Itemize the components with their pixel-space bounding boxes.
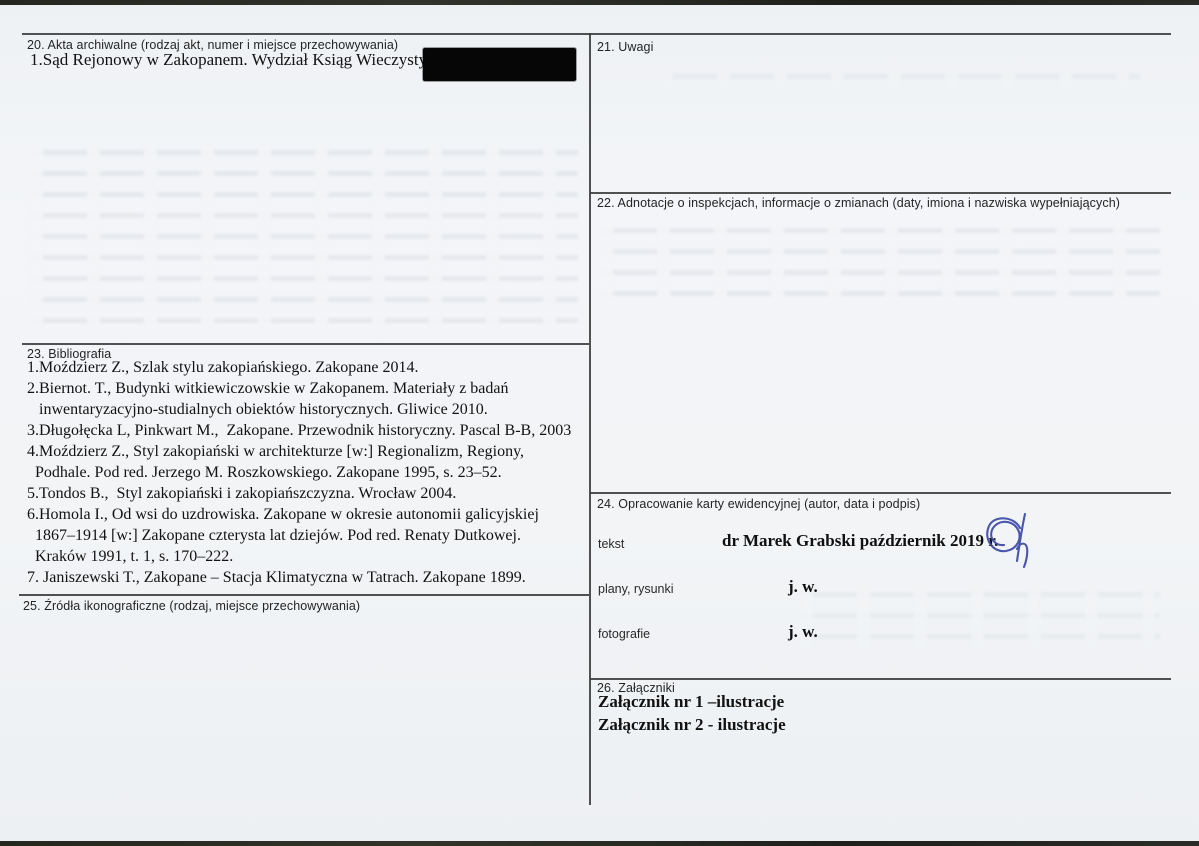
bibliography-list: 1.Moździerz Z., Szlak stylu zakopiańskie… bbox=[27, 357, 602, 588]
scanned-document-page: 20. Akta archiwalne (rodzaj akt, numer i… bbox=[0, 0, 1199, 846]
scanner-edge-bottom bbox=[0, 841, 1199, 846]
row-label-fotografie: fotografie bbox=[598, 627, 650, 641]
rule-section-24 bbox=[590, 492, 1171, 494]
rule-section-26 bbox=[590, 678, 1171, 680]
redaction-box bbox=[423, 48, 576, 81]
field-21-label: 21. Uwagi bbox=[597, 40, 654, 54]
field-20-content: 1.Sąd Rejonowy w Zakopanem. Wydział Ksią… bbox=[30, 50, 456, 70]
field-25-label: 25. Źródła ikonograficzne (rodzaj, miejs… bbox=[23, 599, 360, 613]
rule-section-23 bbox=[22, 343, 589, 345]
bleedthrough-artifact bbox=[30, 150, 578, 330]
row-value-fotografie: j. w. bbox=[788, 622, 818, 642]
field-22-label: 22. Adnotacje o inspekcjach, informacje … bbox=[597, 196, 1120, 210]
rule-section-25 bbox=[19, 594, 589, 596]
row-label-tekst: tekst bbox=[598, 537, 624, 551]
bleedthrough-artifact bbox=[600, 228, 1160, 304]
attachments-list: Załącznik nr 1 –ilustracje Załącznik nr … bbox=[598, 691, 786, 736]
bleedthrough-artifact bbox=[800, 592, 1160, 650]
scanner-edge-top bbox=[0, 0, 1199, 5]
field-24-label: 24. Opracowanie karty ewidencyjnej (auto… bbox=[597, 497, 920, 511]
row-value-plany-rysunki: j. w. bbox=[788, 577, 818, 597]
table-border-top bbox=[22, 33, 1171, 35]
rule-section-22 bbox=[590, 192, 1171, 194]
row-label-plany-rysunki: plany, rysunki bbox=[598, 582, 674, 596]
row-value-tekst: dr Marek Grabski październik 2019 r. bbox=[722, 531, 998, 551]
bleedthrough-artifact bbox=[660, 74, 1140, 90]
signature-icon bbox=[980, 511, 1032, 574]
